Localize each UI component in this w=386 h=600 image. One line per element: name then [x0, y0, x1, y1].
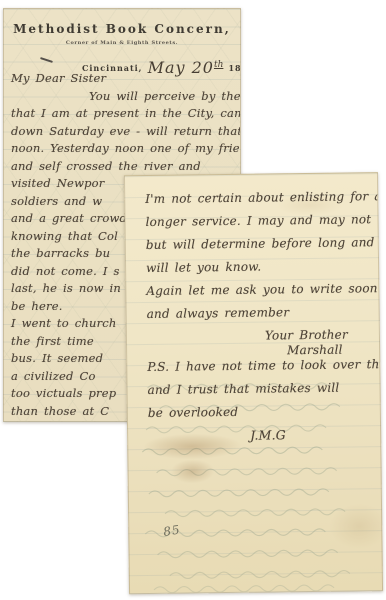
handwritten-line: noon. Yesterday noon one of my friends	[11, 141, 238, 159]
date-suffix-handwritten: th	[214, 60, 223, 70]
ink-dash	[40, 57, 53, 63]
handwritten-line: and always remember	[147, 304, 373, 330]
handwritten-line: Again let me ask you to write soon	[146, 281, 372, 307]
letter-scan: Methodist Book Concern, Corner of Main &…	[0, 0, 386, 600]
letterhead-company: Methodist Book Concern,	[4, 22, 240, 36]
handwritten-line: be overlooked	[148, 403, 374, 429]
handwritten-line: You will perceive by the heading	[11, 89, 238, 107]
handwritten-line: and I trust that mistakes will	[147, 380, 373, 406]
handwritten-line: down Saturday eve - will return that aft…	[11, 124, 238, 142]
paper-stain	[329, 503, 383, 550]
handwritten-line: will let you know.	[146, 258, 372, 284]
handwritten-line: I'm not certain about enlisting for a	[145, 189, 371, 215]
handwritten-line: but will determine before long and	[146, 235, 372, 261]
handwritten-line: that I am at present in the City, came	[11, 106, 238, 124]
paper-stain	[170, 459, 214, 484]
salutation: My Dear Sister	[11, 71, 238, 89]
signature-name: Marshall	[287, 342, 373, 358]
pencil-page-number: 85	[162, 522, 181, 538]
letterhead-address: Corner of Main & Eighth Streets.	[4, 40, 240, 46]
handwritten-line: P.S. I have not time to look over this	[147, 357, 373, 383]
page-two-body: I'm not certain about enlisting for a lo…	[145, 189, 374, 452]
handwritten-line: longer service. I may and may not	[145, 212, 371, 238]
page-two: I'm not certain about enlisting for a lo…	[124, 172, 383, 594]
signature-closing: Your Brother	[265, 327, 373, 343]
initials: J.M.G	[250, 426, 374, 451]
